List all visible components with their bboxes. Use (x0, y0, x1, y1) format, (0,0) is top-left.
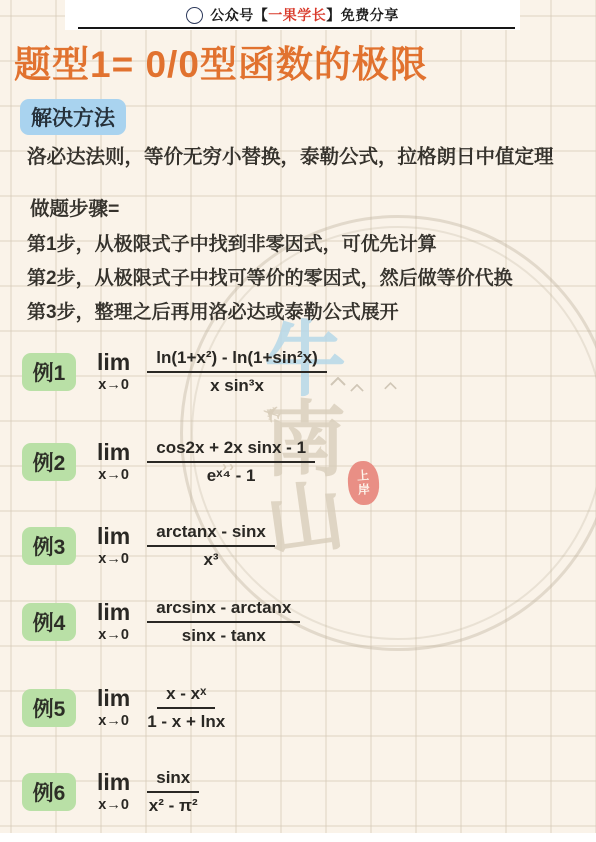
fraction-numerator: sinx (147, 768, 199, 793)
limit-approach: x→0 (98, 552, 129, 567)
banner-underline (78, 27, 515, 30)
banner-suffix: 】免费分享 (326, 7, 399, 23)
example-label: 例3 (22, 527, 76, 565)
wechat-banner: 公众号【一果学长】免费分享 (65, 0, 520, 30)
fraction: arctanx - sinx x³ (147, 522, 275, 570)
fraction-denominator: x sin³x (210, 373, 264, 396)
example-row-3: 例3 lim x→0 arctanx - sinx x³ (22, 522, 275, 570)
steps-heading: 做题步骤= (30, 193, 119, 221)
example-label: 例2 (22, 443, 76, 481)
notes-page: 牛 南 山 上岸 ›› ✈ 公众号【一果学长】免费分享 题型1= 0/0型函数的… (0, 0, 596, 842)
page-title: 题型1= 0/0型函数的极限 (14, 34, 574, 88)
fraction: x - xˣ 1 - x + lnx (147, 684, 225, 732)
bird-doodle-icon (350, 384, 364, 392)
step-3: 第3步，整理之后再用洛必达或泰勒公式展开 (27, 297, 587, 324)
limit-approach: x→0 (98, 468, 129, 483)
fraction-denominator: x³ (203, 547, 218, 570)
limit-operator: lim x→0 (97, 601, 130, 643)
limit-approach: x→0 (98, 628, 129, 643)
step-2: 第2步，从极限式子中找可等价的零因式，然后做等价代换 (27, 263, 587, 290)
banner-prefix: 公众号【 (210, 7, 268, 23)
fraction-numerator: cos2x + 2x sinx - 1 (147, 438, 315, 463)
example-label: 例4 (22, 603, 76, 641)
fraction-numerator: x - xˣ (157, 684, 215, 709)
method-label-highlight: 解决方法 (20, 99, 126, 135)
example-label: 例5 (22, 689, 76, 727)
example-row-5: 例5 lim x→0 x - xˣ 1 - x + lnx (22, 684, 225, 732)
lim-text: lim (97, 771, 130, 794)
fraction: cos2x + 2x sinx - 1 eˣ⁴ - 1 (147, 438, 315, 486)
fraction-denominator: 1 - x + lnx (147, 709, 225, 732)
avatar (186, 7, 203, 24)
limit-operator: lim x→0 (97, 525, 130, 567)
fraction-numerator: ln(1+x²) - ln(1+sin²x) (147, 348, 327, 373)
lim-text: lim (97, 601, 130, 624)
example-label: 例6 (22, 773, 76, 811)
limit-approach: x→0 (98, 714, 129, 729)
limit-approach: x→0 (98, 378, 129, 393)
fraction: ln(1+x²) - ln(1+sin²x) x sin³x (147, 348, 327, 396)
example-row-2: 例2 lim x→0 cos2x + 2x sinx - 1 eˣ⁴ - 1 (22, 438, 315, 486)
lim-text: lim (97, 525, 130, 548)
fraction-denominator: eˣ⁴ - 1 (207, 463, 256, 486)
limit-operator: lim x→0 (97, 351, 130, 393)
limit-approach: x→0 (98, 798, 129, 813)
lim-text: lim (97, 351, 130, 374)
example-row-4: 例4 lim x→0 arcsinx - arctanx sinx - tanx (22, 598, 300, 646)
fraction-denominator: sinx - tanx (182, 623, 266, 646)
example-row-6: 例6 lim x→0 sinx x² - π² (22, 768, 199, 816)
fraction-numerator: arctanx - sinx (147, 522, 275, 547)
limit-operator: lim x→0 (97, 771, 130, 813)
limit-operator: lim x→0 (97, 441, 130, 483)
fraction-numerator: arcsinx - arctanx (147, 598, 300, 623)
fraction: sinx x² - π² (147, 768, 199, 816)
fraction: arcsinx - arctanx sinx - tanx (147, 598, 300, 646)
bird-doodle-icon (330, 377, 346, 386)
banner-brand-name: 一果学长 (268, 7, 326, 23)
banner-text: 公众号【一果学长】免费分享 (210, 5, 399, 25)
lim-text: lim (97, 441, 130, 464)
limit-operator: lim x→0 (97, 687, 130, 729)
example-row-1: 例1 lim x→0 ln(1+x²) - ln(1+sin²x) x sin³… (22, 348, 327, 396)
bird-doodle-icon (384, 382, 397, 390)
bottom-white-strip (0, 833, 596, 842)
lim-text: lim (97, 687, 130, 710)
fraction-denominator: x² - π² (149, 793, 198, 816)
step-1: 第1步，从极限式子中找到非零因式，可优先计算 (27, 229, 587, 256)
example-label: 例1 (22, 353, 76, 391)
method-content: 洛必达法则，等价无穷小替换，泰勒公式，拉格朗日中值定理 (27, 141, 587, 169)
